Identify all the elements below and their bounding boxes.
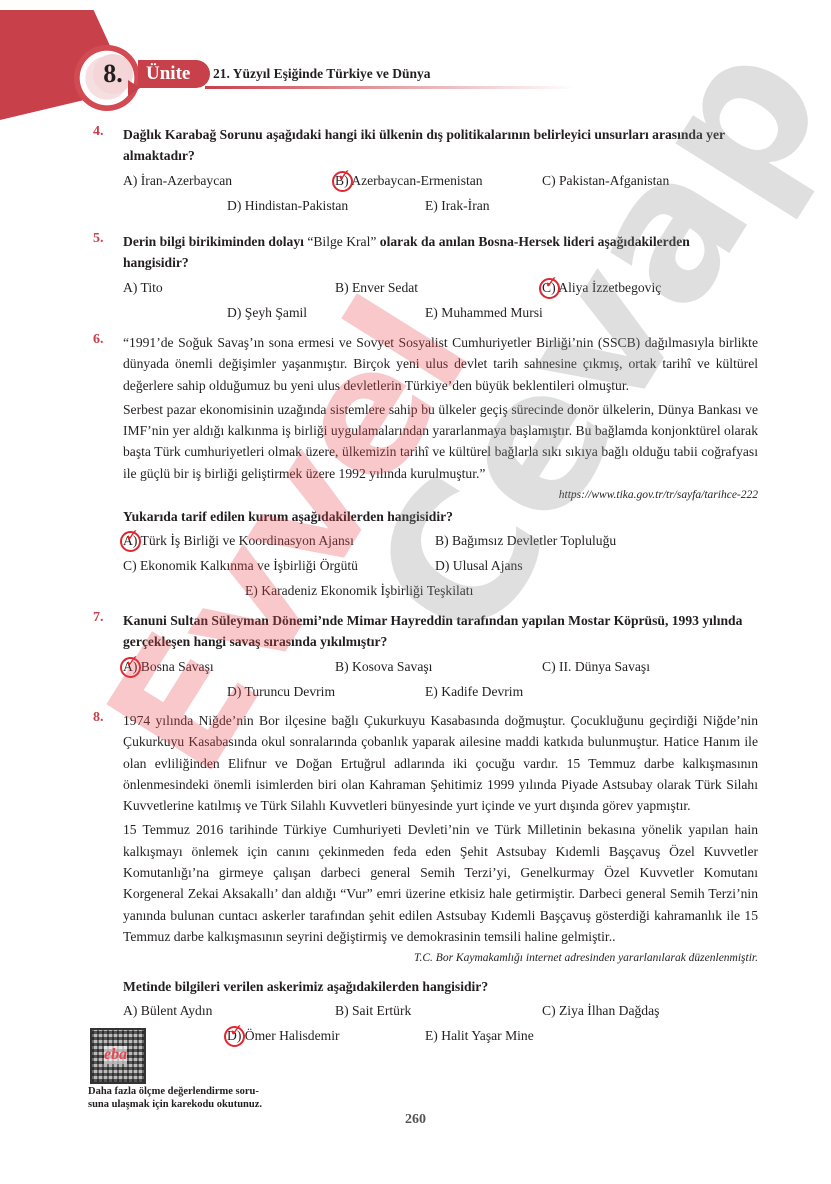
option-a[interactable]: A) Bülent Aydın (123, 999, 212, 1022)
option-e[interactable]: E) Irak-İran (425, 194, 490, 217)
eba-logo: eba (104, 1046, 127, 1064)
question-stem: Kanuni Sultan Süleyman Dönemi’nde Mimar … (123, 610, 758, 652)
option-e[interactable]: E) Karadeniz Ekonomik İşbirliği Teşkilat… (245, 579, 473, 602)
option-d[interactable]: D) Hindistan-Pakistan (227, 194, 348, 217)
option-b[interactable]: B) Bağımsız Devletler Topluluğu (435, 529, 616, 552)
option-c[interactable]: C) Pakistan-Afganistan (542, 169, 669, 192)
question-6: 6. “1991’de Soğuk Savaş’ın sona ermesi v… (93, 332, 758, 602)
question-stem: Derin bilgi birikiminden dolayı “Bilge K… (123, 231, 758, 273)
question-number: 8. (93, 710, 104, 726)
option-e[interactable]: E) Kadife Devrim (425, 680, 523, 703)
option-d[interactable]: D) Ulusal Ajans (435, 554, 523, 577)
passage-paragraph: Serbest pazar ekonomisinin uzağında sist… (123, 399, 758, 484)
question-stem: Metinde bilgileri verilen askerimiz aşağ… (123, 976, 758, 997)
question-number: 5. (93, 231, 104, 247)
option-d[interactable]: D) Şeyh Şamil (227, 301, 307, 324)
check-mark-icon: ✓ (125, 525, 139, 548)
question-5: 5. Derin bilgi birikiminden dolayı “Bilg… (93, 231, 758, 324)
qr-code[interactable]: eba (90, 1028, 146, 1084)
passage-paragraph: 15 Temmuz 2016 tarihinde Türkiye Cumhuri… (123, 819, 758, 947)
unit-number: 8. (93, 54, 133, 94)
header-underline (205, 86, 575, 89)
question-4: 4. Dağlık Karabağ Sorunu aşağıdaki hangi… (93, 124, 758, 217)
unit-label: Ünite (138, 60, 210, 88)
option-c[interactable]: C) Ziya İlhan Dağdaş (542, 999, 659, 1022)
question-8: 8. 1974 yılında Niğde’nin Bor ilçesine b… (93, 710, 758, 1047)
option-b[interactable]: B) Sait Ertürk (335, 999, 411, 1022)
option-c[interactable]: C) Ekonomik Kalkınma ve İşbirliği Örgütü (123, 554, 358, 577)
option-a[interactable]: A)✓ Türk İş Birliği ve Koordinasyon Ajan… (123, 529, 354, 552)
option-a[interactable]: A)✓ Bosna Savaşı (123, 655, 214, 678)
option-c[interactable]: C)✓ Aliya İzzetbegoviç (542, 276, 661, 299)
passage-paragraph: “1991’de Soğuk Savaş’ın sona ermesi ve S… (123, 332, 758, 396)
option-d[interactable]: D)✓ Ömer Halisdemir (227, 1024, 340, 1047)
page-number: 260 (0, 1112, 831, 1128)
question-number: 4. (93, 124, 104, 140)
option-b[interactable]: B) Kosova Savaşı (335, 655, 432, 678)
option-e[interactable]: E) Halit Yaşar Mine (425, 1024, 534, 1047)
option-d[interactable]: D) Turuncu Devrim (227, 680, 335, 703)
question-stem: Yukarıda tarif edilen kurum aşağıdakiler… (123, 506, 758, 527)
check-mark-icon: ✓ (337, 165, 351, 188)
question-7: 7. Kanuni Sultan Süleyman Dönemi’nde Mim… (93, 610, 758, 703)
option-a[interactable]: A) İran-Azerbaycan (123, 169, 232, 192)
question-number: 7. (93, 610, 104, 626)
option-b[interactable]: B)✓ Azerbaycan-Ermenistan (335, 169, 483, 192)
option-e[interactable]: E) Muhammed Mursi (425, 301, 543, 324)
source-note: T.C. Bor Kaymakamlığı internet adresinde… (123, 950, 758, 966)
source-link: https://www.tika.gov.tr/tr/sayfa/tarihce… (123, 487, 758, 503)
passage-paragraph: 1974 yılında Niğde’nin Bor ilçesine bağl… (123, 710, 758, 816)
option-b[interactable]: B) Enver Sedat (335, 276, 418, 299)
question-number: 6. (93, 332, 104, 348)
option-c[interactable]: C) II. Dünya Savaşı (542, 655, 650, 678)
unit-title: 21. Yüzyıl Eşiğinde Türkiye ve Dünya (213, 66, 431, 82)
check-mark-icon: ✓ (125, 651, 139, 674)
qr-note: Daha fazla ölçme değerlendirme soru- sun… (88, 1086, 262, 1111)
option-a[interactable]: A) Tito (123, 276, 163, 299)
check-mark-icon: ✓ (229, 1020, 243, 1043)
question-stem: Dağlık Karabağ Sorunu aşağıdaki hangi ik… (123, 124, 758, 166)
check-mark-icon: ✓ (544, 272, 558, 295)
